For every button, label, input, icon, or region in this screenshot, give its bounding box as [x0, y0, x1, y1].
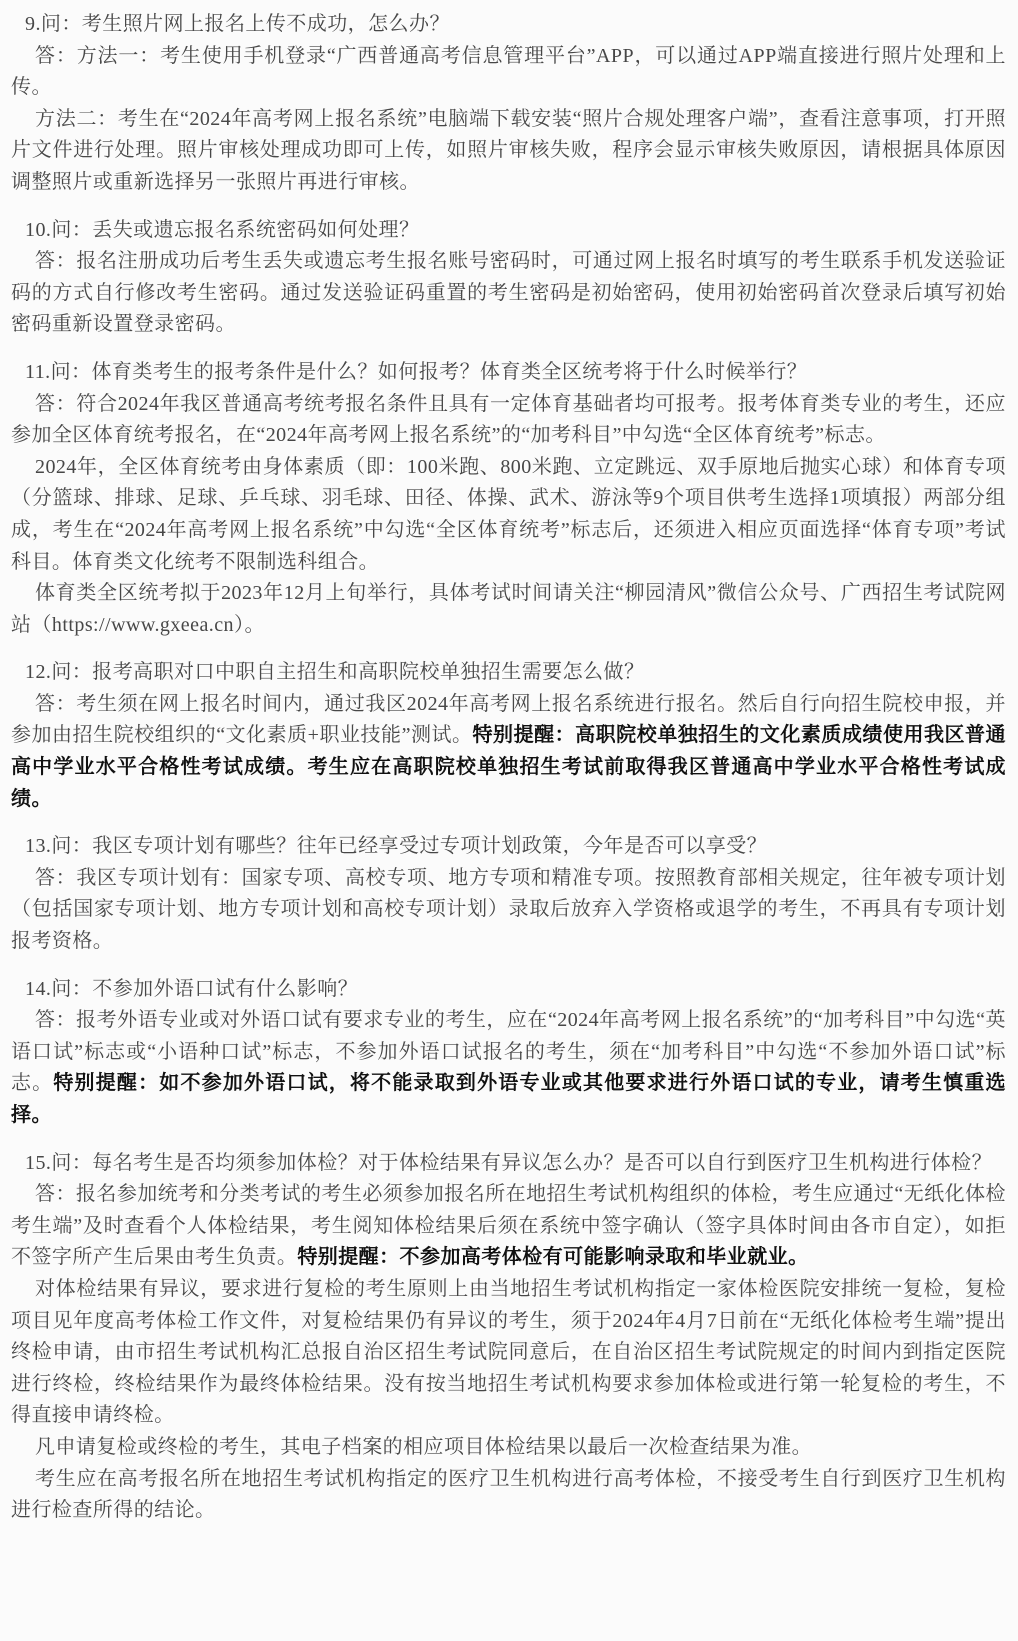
- question-text: 13.问：我区专项计划有哪些？往年已经享受过专项计划政策，今年是否可以享受？: [11, 831, 1006, 863]
- faq-section: 14.问：不参加外语口试有什么影响？答：报考外语专业或对外语口试有要求专业的考生…: [11, 974, 1006, 1132]
- faq-section: 15.问：每名考生是否均须参加体检？对于体检结果有异议怎么办？是否可以自行到医疗…: [11, 1148, 1006, 1527]
- question-text: 15.问：每名考生是否均须参加体检？对于体检结果有异议怎么办？是否可以自行到医疗…: [11, 1148, 1006, 1180]
- answer-paragraph: 答：符合2024年我区普通高考统考报名条件且具有一定体育基础者均可报考。报考体育…: [11, 389, 1006, 452]
- question-text: 10.问：丢失或遗忘报名系统密码如何处理？: [11, 215, 1006, 247]
- answer-run: 答：我区专项计划有：国家专项、高校专项、地方专项和精准专项。按照教育部相关规定，…: [11, 867, 1006, 952]
- answer-paragraph: 考生应在高考报名所在地招生考试机构指定的医疗卫生机构进行高考体检，不接受考生自行…: [11, 1464, 1006, 1527]
- question-text: 11.问：体育类考生的报考条件是什么？如何报考？体育类全区统考将于什么时候举行？: [11, 357, 1006, 389]
- answer-run: 答：符合2024年我区普通高考统考报名条件且具有一定体育基础者均可报考。报考体育…: [11, 393, 1006, 447]
- faq-section: 11.问：体育类考生的报考条件是什么？如何报考？体育类全区统考将于什么时候举行？…: [11, 357, 1006, 641]
- question-text: 9.问：考生照片网上报名上传不成功，怎么办？: [11, 9, 1006, 41]
- answer-run: 方法二：考生在“2024年高考网上报名系统”电脑端下载安装“照片合规处理客户端”…: [11, 108, 1006, 193]
- special-reminder-text: 特别提醒：不参加高考体检有可能影响录取和毕业就业。: [297, 1246, 808, 1268]
- answer-paragraph: 方法二：考生在“2024年高考网上报名系统”电脑端下载安装“照片合规处理客户端”…: [11, 104, 1006, 199]
- answer-run: 对体检结果有异议，要求进行复检的考生原则上由当地招生考试机构指定一家体检医院安排…: [11, 1278, 1006, 1426]
- answer-paragraph: 2024年，全区体育统考由身体素质（即：100米跑、800米跑、立定跳远、双手原…: [11, 452, 1006, 578]
- answer-paragraph: 答：报名参加统考和分类考试的考生必须参加报名所在地招生考试机构组织的体检，考生应…: [11, 1179, 1006, 1274]
- answer-paragraph: 对体检结果有异议，要求进行复检的考生原则上由当地招生考试机构指定一家体检医院安排…: [11, 1274, 1006, 1432]
- faq-section: 10.问：丢失或遗忘报名系统密码如何处理？答：报名注册成功后考生丢失或遗忘考生报…: [11, 215, 1006, 341]
- answer-paragraph: 体育类全区统考拟于2023年12月上旬举行，具体考试时间请关注“柳园清风”微信公…: [11, 578, 1006, 641]
- answer-run: 答：方法一：考生使用手机登录“广西普通高考信息管理平台”APP，可以通过APP端…: [11, 45, 1006, 99]
- answer-paragraph: 答：考生须在网上报名时间内，通过我区2024年高考网上报名系统进行报名。然后自行…: [11, 689, 1006, 815]
- answer-paragraph: 答：报名注册成功后考生丢失或遗忘考生报名账号密码时，可通过网上报名时填写的考生联…: [11, 246, 1006, 341]
- faq-document: 9.问：考生照片网上报名上传不成功，怎么办？答：方法一：考生使用手机登录“广西普…: [0, 0, 1018, 1547]
- faq-section: 12.问：报考高职对口中职自主招生和高职院校单独招生需要怎么做？答：考生须在网上…: [11, 657, 1006, 815]
- answer-paragraph: 凡申请复检或终检的考生，其电子档案的相应项目体检结果以最后一次检查结果为准。: [11, 1432, 1006, 1464]
- answer-run: 答：报名注册成功后考生丢失或遗忘考生报名账号密码时，可通过网上报名时填写的考生联…: [11, 250, 1006, 335]
- answer-run: 考生应在高考报名所在地招生考试机构指定的医疗卫生机构进行高考体检，不接受考生自行…: [11, 1468, 1006, 1522]
- question-text: 14.问：不参加外语口试有什么影响？: [11, 974, 1006, 1006]
- answer-run: 2024年，全区体育统考由身体素质（即：100米跑、800米跑、立定跳远、双手原…: [11, 456, 1006, 573]
- answer-paragraph: 答：报考外语专业或对外语口试有要求专业的考生，应在“2024年高考网上报名系统”…: [11, 1005, 1006, 1131]
- special-reminder-text: 特别提醒：如不参加外语口试，将不能录取到外语专业或其他要求进行外语口试的专业，请…: [11, 1072, 1006, 1126]
- faq-section: 9.问：考生照片网上报名上传不成功，怎么办？答：方法一：考生使用手机登录“广西普…: [11, 9, 1006, 199]
- faq-section: 13.问：我区专项计划有哪些？往年已经享受过专项计划政策，今年是否可以享受？答：…: [11, 831, 1006, 957]
- answer-run: 体育类全区统考拟于2023年12月上旬举行，具体考试时间请关注“柳园清风”微信公…: [11, 582, 1006, 636]
- question-text: 12.问：报考高职对口中职自主招生和高职院校单独招生需要怎么做？: [11, 657, 1006, 689]
- answer-paragraph: 答：我区专项计划有：国家专项、高校专项、地方专项和精准专项。按照教育部相关规定，…: [11, 863, 1006, 958]
- answer-paragraph: 答：方法一：考生使用手机登录“广西普通高考信息管理平台”APP，可以通过APP端…: [11, 41, 1006, 104]
- answer-run: 凡申请复检或终检的考生，其电子档案的相应项目体检结果以最后一次检查结果为准。: [35, 1436, 812, 1458]
